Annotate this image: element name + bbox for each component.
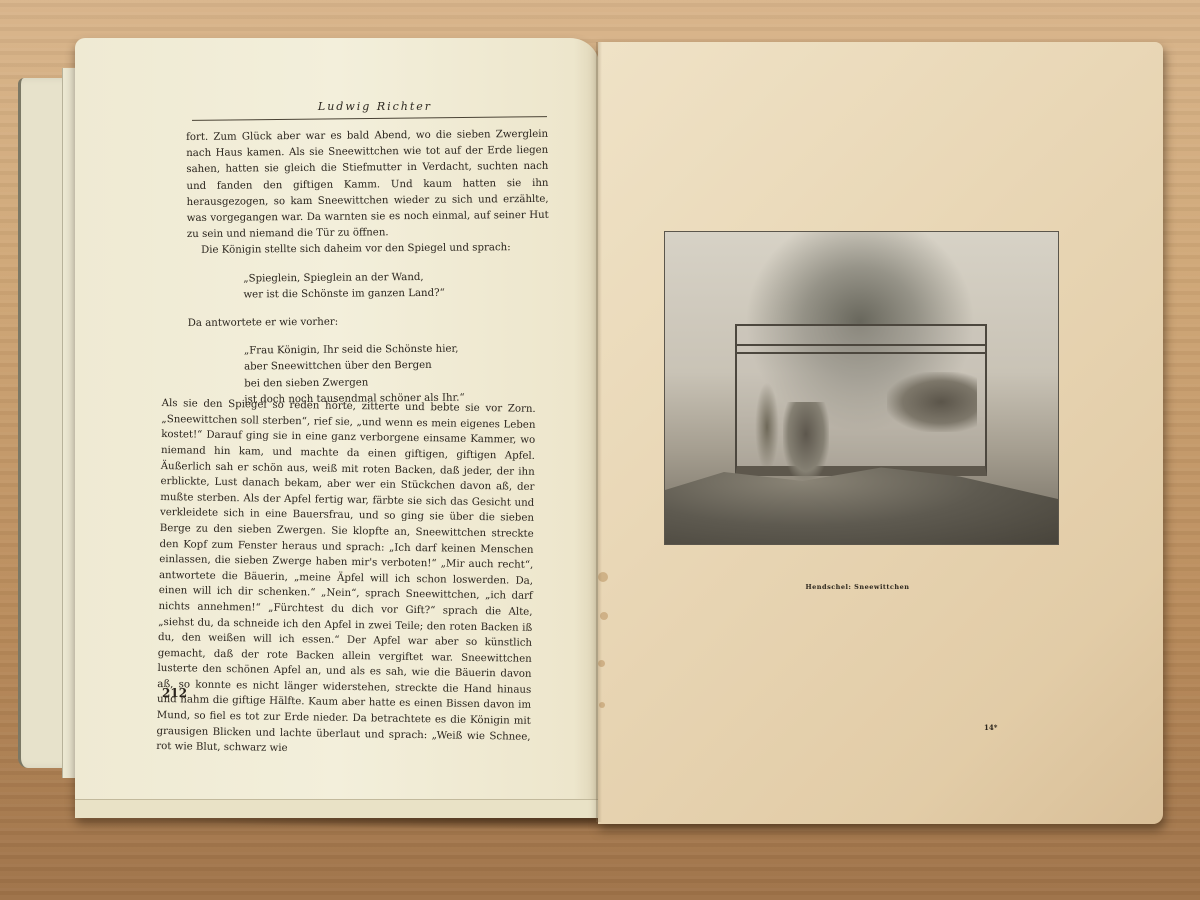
running-head: Ludwig Richter [310,100,440,113]
paragraph: Als sie den Spiegel so reden hörte, zitt… [156,396,536,760]
illustration-caption: Hendschel: Sneewittchen [800,583,915,591]
snow-white-figure [887,372,977,432]
illustration-snow-white-coffin [664,231,1059,545]
left-page-text-upper: fort. Zum Glück aber war es bald Abend, … [186,127,551,421]
paragraph: Die Königin stellte sich daheim vor den … [187,240,549,259]
page-number: 212 [162,686,187,700]
paragraph: Da antwortete er wie vorher: [188,313,550,332]
paragraph: fort. Zum Glück aber war es bald Abend, … [186,127,549,244]
left-page-text-lower: Als sie den Spiegel so reden hörte, zitt… [156,386,536,771]
hare [755,382,779,472]
verse-line: wer ist die Schönste im ganzen Land?“ [243,285,549,304]
page-stack-edge [75,799,600,818]
verse-mirror: „Spieglein, Spieglein an der Wand, wer i… [243,268,549,303]
book-gutter [596,42,602,822]
dwarf [783,402,829,482]
signature-mark: 14* [984,723,997,732]
